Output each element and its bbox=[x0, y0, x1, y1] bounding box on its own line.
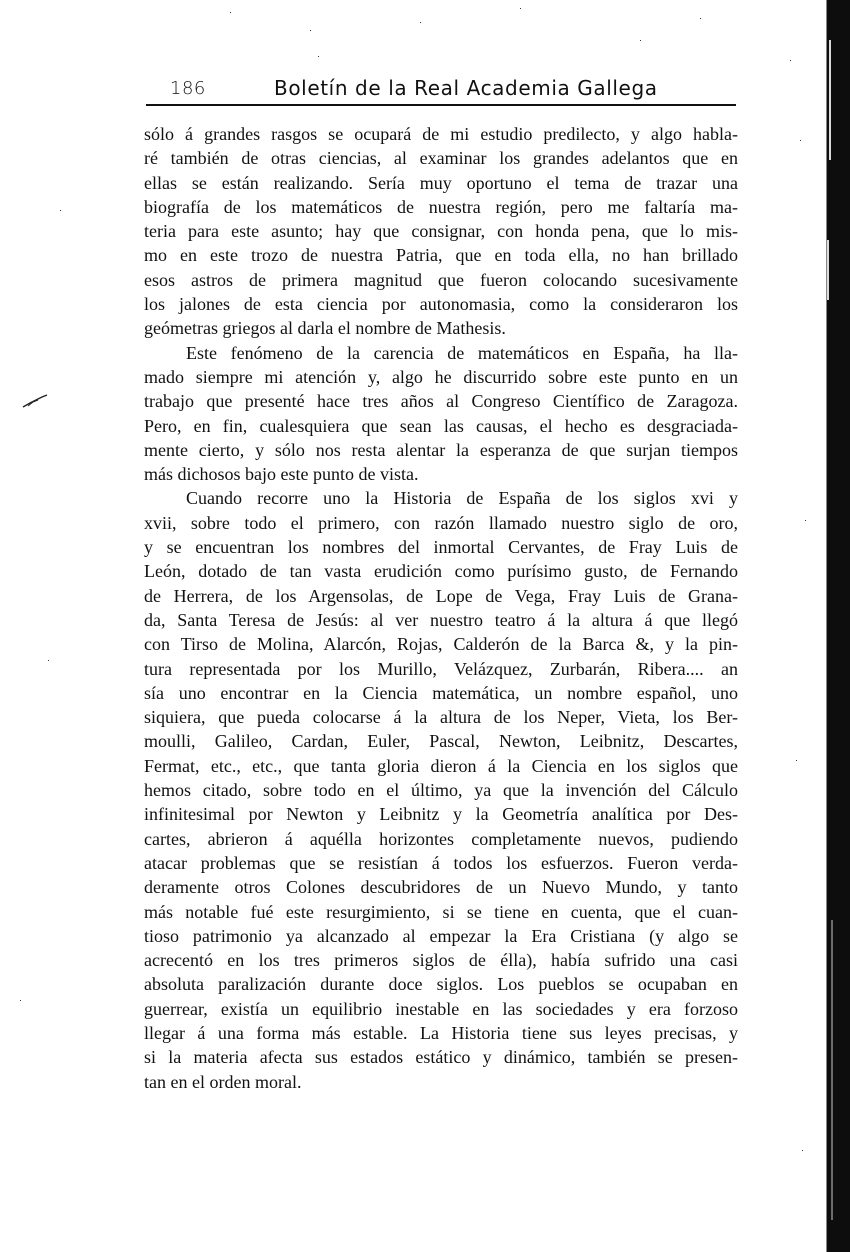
text-line: teria para este asunto; hay que consigna… bbox=[144, 219, 738, 243]
scan-speck bbox=[790, 60, 791, 61]
text-line: cartes, abrieron á aquélla horizontes co… bbox=[144, 827, 738, 851]
paragraph-start-line: Cuando recorre uno la Historia de España… bbox=[144, 486, 738, 510]
scan-speck bbox=[520, 8, 521, 9]
text-line: ellas se están realizando. Sería muy opo… bbox=[144, 171, 738, 195]
text-line: Fermat, etc., etc., que tanta gloria die… bbox=[144, 754, 738, 778]
running-title: Boletín de la Real Academia Gallega bbox=[274, 76, 658, 100]
margin-pencil-mark-icon bbox=[22, 394, 48, 408]
text-line: Pero, en fin, cualesquiera que sean las … bbox=[144, 414, 738, 438]
scan-speck bbox=[802, 1150, 803, 1151]
scan-speck bbox=[310, 30, 311, 31]
body-text: sólo á grandes rasgos se ocupará de mi e… bbox=[144, 122, 738, 1094]
text-line: guerrear, existía un equilibrio inestabl… bbox=[144, 997, 738, 1021]
scan-speck bbox=[796, 760, 797, 761]
text-line: con Tirso de Molina, Alarcón, Rojas, Cal… bbox=[144, 632, 738, 656]
text-line: absoluta paralización durante doce siglo… bbox=[144, 972, 738, 996]
text-line: xvii, sobre todo el primero, con razón l… bbox=[144, 511, 738, 535]
scan-speck bbox=[230, 12, 231, 13]
text-line: si la materia afecta sus estados estátic… bbox=[144, 1045, 738, 1069]
scan-binding-edge bbox=[824, 0, 850, 1252]
scan-speck bbox=[640, 40, 641, 41]
text-line: León, dotado de tan vasta erudición como… bbox=[144, 559, 738, 583]
scan-speck bbox=[800, 140, 801, 141]
scan-speck bbox=[318, 56, 319, 57]
text-line: siquiera, que pueda colocarse á la altur… bbox=[144, 705, 738, 729]
text-line: esos astros de primera magnitud que fuer… bbox=[144, 268, 738, 292]
page-number: 186 bbox=[170, 78, 206, 99]
text-line: llegar á una forma más estable. La Histo… bbox=[144, 1021, 738, 1045]
text-line: deramente otros Colones descubridores de… bbox=[144, 875, 738, 899]
scan-speck bbox=[805, 520, 806, 521]
scan-speck bbox=[60, 210, 61, 211]
text-line: geómetras griegos al darla el nombre de … bbox=[144, 316, 738, 340]
text-line: tura representada por los Murillo, Veláz… bbox=[144, 657, 738, 681]
scanned-page: 186 Boletín de la Real Academia Gallega … bbox=[0, 0, 850, 1252]
text-line: ré también de otras ciencias, al examina… bbox=[144, 146, 738, 170]
text-line: hemos citado, sobre todo en el último, y… bbox=[144, 778, 738, 802]
text-line: trabajo que presenté hace tres años al C… bbox=[144, 389, 738, 413]
text-line: mado siempre mi atención y, algo he disc… bbox=[144, 365, 738, 389]
text-line: da, Santa Teresa de Jesús: al ver nuestr… bbox=[144, 608, 738, 632]
text-line: tan en el orden moral. bbox=[144, 1070, 738, 1094]
text-line: mo en este trozo de nuestra Patria, que … bbox=[144, 243, 738, 267]
scan-speck bbox=[48, 660, 49, 661]
scan-speck bbox=[420, 22, 421, 23]
text-line: y se encuentran los nombres del inmortal… bbox=[144, 535, 738, 559]
text-line: biografía de los matemáticos de nuestra … bbox=[144, 195, 738, 219]
text-line: mente cierto, y sólo nos resta alentar l… bbox=[144, 438, 738, 462]
text-line: sólo á grandes rasgos se ocupará de mi e… bbox=[144, 122, 738, 146]
text-line: infinitesimal por Newton y Leibnitz y la… bbox=[144, 802, 738, 826]
paragraph-start-line: Este fenómeno de la carencia de matemáti… bbox=[144, 341, 738, 365]
text-line: atacar problemas que se resistían á todo… bbox=[144, 851, 738, 875]
text-line: acrecentó en los tres primeros siglos de… bbox=[144, 948, 738, 972]
text-line: más dichosos bajo este punto de vista. bbox=[144, 462, 738, 486]
text-line: más notable fué este resurgimiento, si s… bbox=[144, 900, 738, 924]
text-line: de Herrera, de los Argensolas, de Lope d… bbox=[144, 584, 738, 608]
text-line: los jalones de esta ciencia por autonoma… bbox=[144, 292, 738, 316]
text-line: sía uno encontrar en la Ciencia matemáti… bbox=[144, 681, 738, 705]
text-line: tioso patrimonio ya alcanzado al empezar… bbox=[144, 924, 738, 948]
page-header: 186 Boletín de la Real Academia Gallega bbox=[166, 76, 736, 102]
scan-speck bbox=[700, 18, 701, 19]
header-rule bbox=[146, 104, 736, 106]
scan-speck bbox=[20, 1000, 21, 1001]
text-line: moulli, Galileo, Cardan, Euler, Pascal, … bbox=[144, 729, 738, 753]
